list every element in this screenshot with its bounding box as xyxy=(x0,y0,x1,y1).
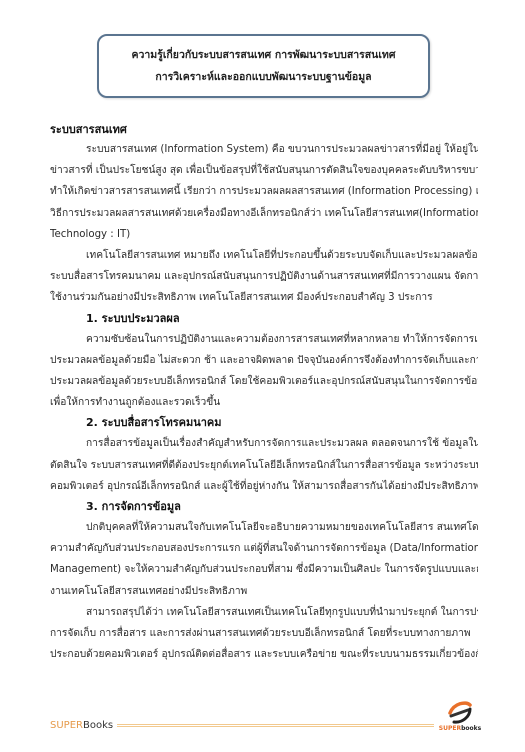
text-line: คอมพิวเตอร์ อุปกรณ์อีเล็กทรอนิกส์ และผู้… xyxy=(50,476,478,497)
text-line: การจัดเก็บ การสื่อสาร และการส่งผ่านสารสน… xyxy=(50,623,478,644)
text-line: Management) จะให้ความสำคัญกับส่วนประกอบท… xyxy=(50,559,478,580)
item-3-paragraph: ปกติบุคคลที่ให้ความสนใจกับเทคโนโลยีจะอธิ… xyxy=(50,517,478,602)
text-line: ข่าวสารที่ เป็นประโยชน์สูง สุด เพื่อเป็น… xyxy=(50,160,478,181)
text-line: ใช้งานร่วมกันอย่างมีประสิทธิภาพ เทคโนโลย… xyxy=(50,287,478,308)
title-line-1: ความรู้เกี่ยวกับระบบสารสนเทศ การพัฒนาระบ… xyxy=(131,44,395,66)
text-line: ตัดสินใจ ระบบสารสนเทศที่ดีต้องประยุกต์เท… xyxy=(50,455,478,476)
text-line: วิธีการประมวลผลสารสนเทศด้วยเครื่องมือทาง… xyxy=(50,203,478,224)
footer-brand: SUPERBooks xyxy=(50,720,113,731)
item-2-paragraph: การสื่อสารข้อมูลเป็นเรื่องสำคัญสำหรับการ… xyxy=(50,433,478,497)
text-line: ประมวลผลข้อมูลด้วยมือ ไม่สะดวก ช้า และอา… xyxy=(50,350,478,371)
paragraph-1: ระบบสารสนเทศ (Information System) คือ ขบ… xyxy=(50,139,478,245)
text-line: ความสำคัญกับส่วนประกอบสองประการแรก แต่ผู… xyxy=(50,538,478,559)
text-line: งานเทคโนโลยีสารสนเทศอย่างมีประสิทธิภาพ xyxy=(50,581,478,602)
text-line: ระบบสารสนเทศ (Information System) คือ ขบ… xyxy=(50,139,478,160)
page-footer: SUPERBooks SUPERbooks xyxy=(50,717,480,733)
text-line: เทคโนโลยีสารสนเทศ หมายถึง เทคโนโลยีที่ปร… xyxy=(50,245,478,266)
item-2-title: 2. ระบบสื่อสารโทรคมนาคม xyxy=(50,413,478,433)
text-line: ความซับซ้อนในการปฏิบัติงานและความต้องการ… xyxy=(50,329,478,350)
text-line: ประกอบด้วยคอมพิวเตอร์ อุปกรณ์ติดต่อสื่อส… xyxy=(50,644,478,665)
item-3-title: 3. การจัดการข้อมูล xyxy=(50,497,478,517)
text-line: ระบบสื่อสารโทรคมนาคม และอุปกรณ์สนับสนุนก… xyxy=(50,266,478,287)
text-line: การสื่อสารข้อมูลเป็นเรื่องสำคัญสำหรับการ… xyxy=(50,433,478,454)
final-paragraph: สามารถสรุปได้ว่า เทคโนโลยีสารสนเทศเป็นเท… xyxy=(50,602,478,666)
book-swirl-icon xyxy=(446,699,474,725)
item-1-title: 1. ระบบประมวลผล xyxy=(50,309,478,329)
superbooks-logo: SUPERbooks xyxy=(440,699,480,735)
text-line: เพื่อให้การทำงานถูกต้องและรวดเร็วขึ้น xyxy=(50,392,478,413)
title-box: ความรู้เกี่ยวกับระบบสารสนเทศ การพัฒนาระบ… xyxy=(97,34,430,98)
text-line: ปกติบุคคลที่ให้ความสนใจกับเทคโนโลยีจะอธิ… xyxy=(50,517,478,538)
text-line: สามารถสรุปได้ว่า เทคโนโลยีสารสนเทศเป็นเท… xyxy=(50,602,478,623)
text-line: ทำให้เกิดข่าวสารสารสนเทศนี้ เรียกว่า การ… xyxy=(50,181,478,202)
text-line: ประมวลผลข้อมูลด้วยระบบอีเล็กทรอนิกส์ โดย… xyxy=(50,371,478,392)
section-heading: ระบบสารสนเทศ xyxy=(50,121,478,139)
title-line-2: การวิเคราะห์และออกแบบพัฒนาระบบฐานข้อมูล xyxy=(155,66,371,88)
document-body: ระบบสารสนเทศ ระบบสารสนเทศ (Information S… xyxy=(50,118,478,665)
footer-divider xyxy=(117,724,434,727)
paragraph-2: เทคโนโลยีสารสนเทศ หมายถึง เทคโนโลยีที่ปร… xyxy=(50,245,478,309)
text-line: Technology : IT) xyxy=(50,224,478,245)
item-1-paragraph: ความซับซ้อนในการปฏิบัติงานและความต้องการ… xyxy=(50,329,478,414)
